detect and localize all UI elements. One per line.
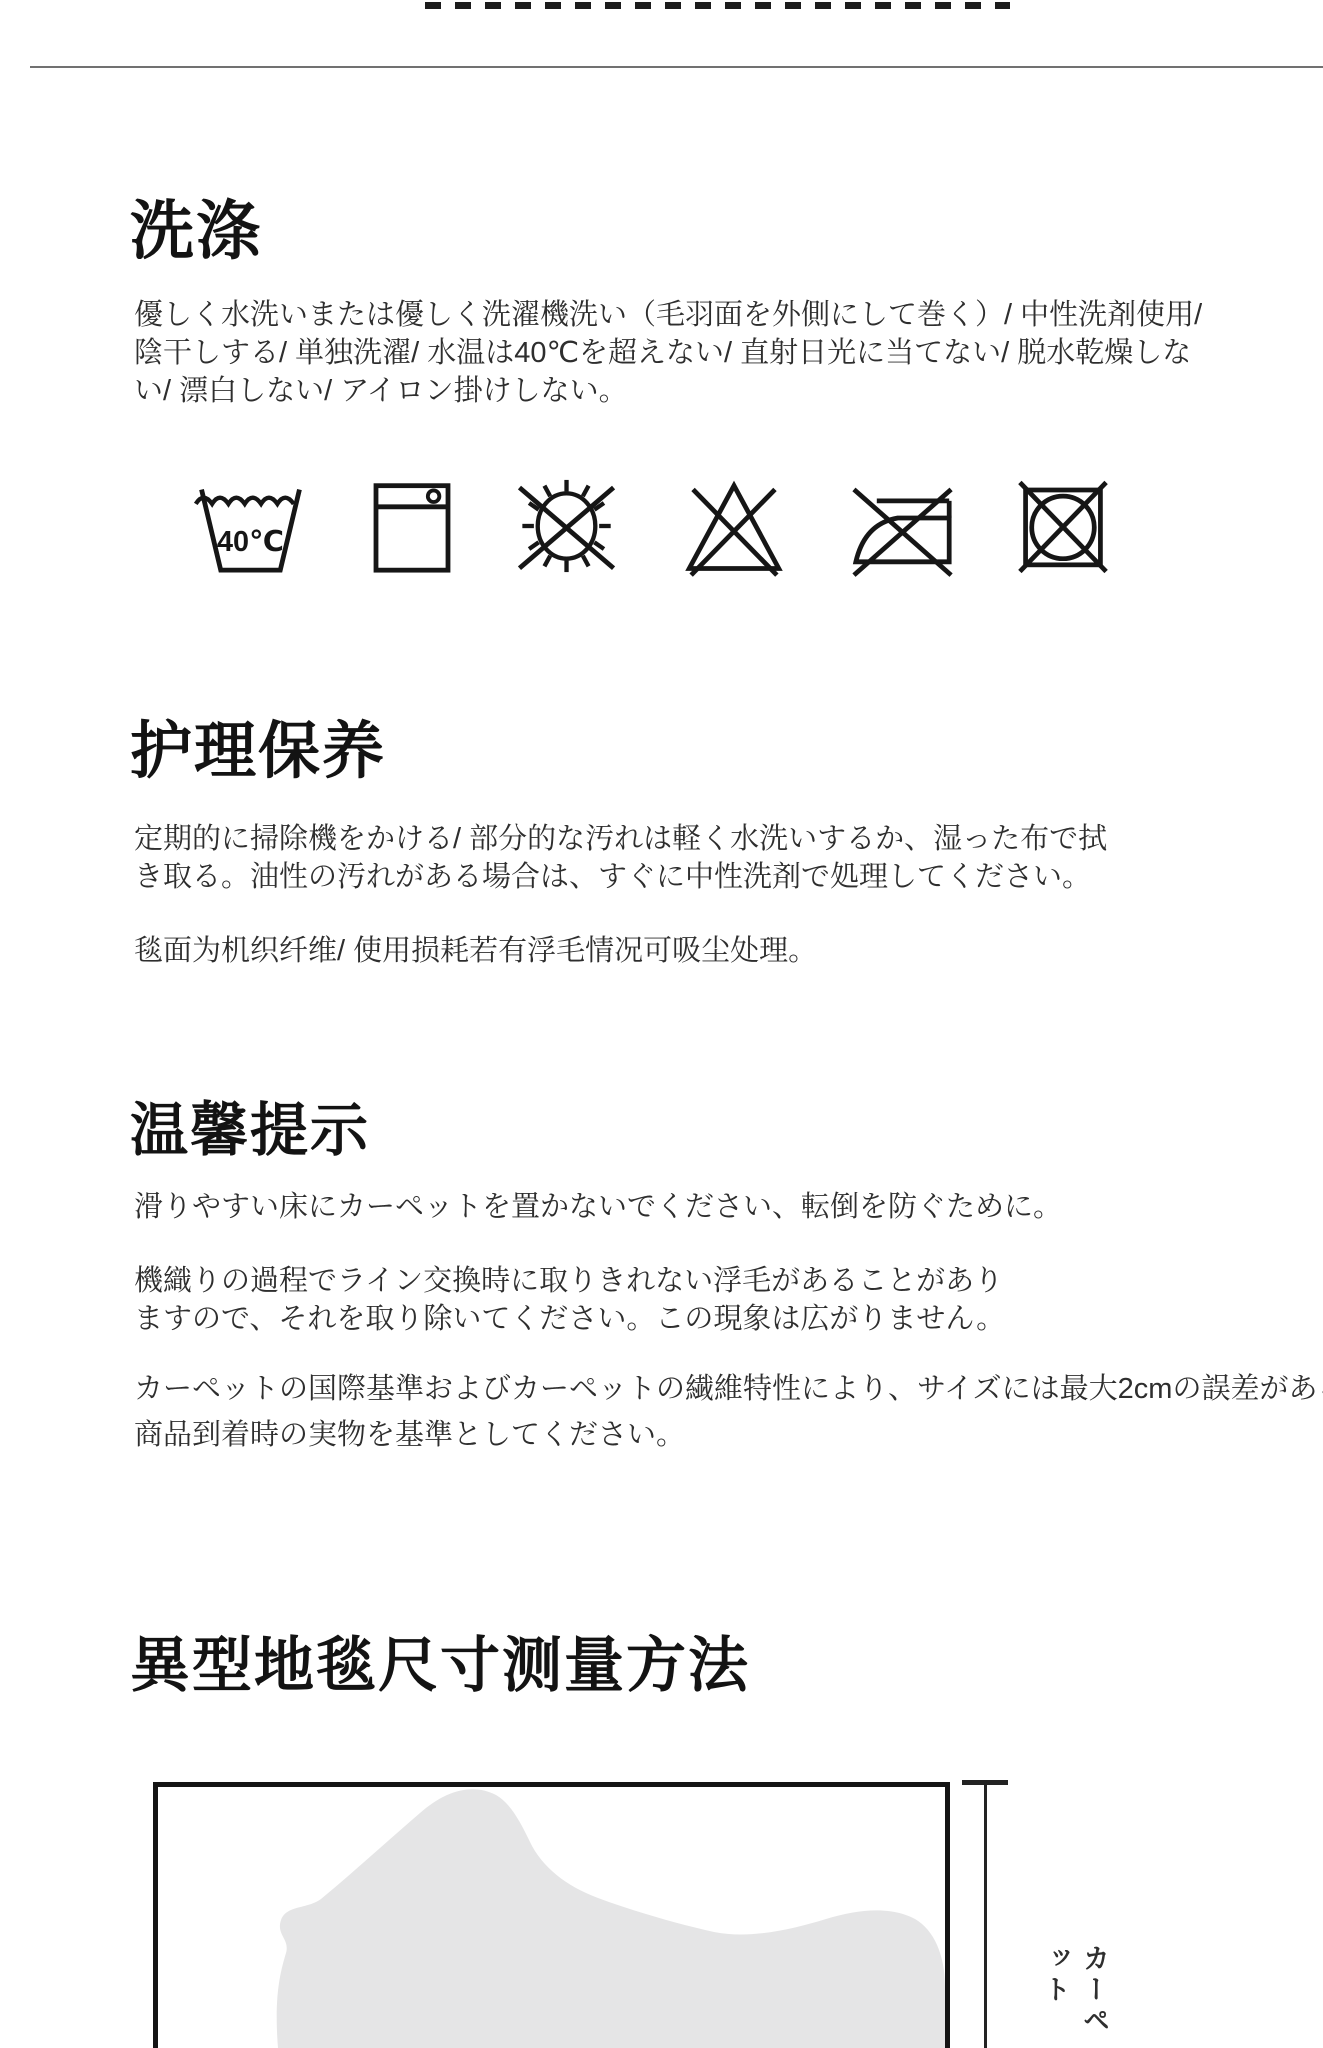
care-instructions-line: 定期的に掃除機をかける/ 部分的な汚れは軽く水洗いするか、湿った布で拭 bbox=[134, 820, 1107, 858]
tip-actual-product: 商品到着時の実物を基準としてください。 bbox=[134, 1416, 685, 1454]
section-title-washing: 洗涤 bbox=[130, 196, 262, 266]
washing-instructions-line: 陰干しする/ 単独洗濯/ 水温は40℃を超えない/ 直射日光に当てない/ 脱水乾… bbox=[134, 334, 1191, 372]
care-instructions-line: き取る。油性の汚れがある場合は、すぐに中性洗剤で処理してください。 bbox=[134, 858, 1091, 896]
tip-no-slippery-floor: 滑りやすい床にカーペットを置かないでください、転倒を防ぐために。 bbox=[134, 1188, 1062, 1226]
wash-40c-tub-icon: 40℃ bbox=[188, 478, 313, 574]
washing-instructions-line: 優しく水洗いまたは優しく洗濯機洗い（毛羽面を外側にして巻く）/ 中性洗剤使用/ bbox=[134, 296, 1202, 334]
do-not-sun-dry-icon bbox=[511, 478, 623, 574]
top-divider bbox=[30, 66, 1323, 68]
carpet-outline-box bbox=[153, 1782, 950, 2048]
care-note: 毯面为机织纤维/ 使用损耗若有浮毛情况可吸尘处理。 bbox=[134, 932, 817, 970]
washing-instructions-line: い/ 漂白しない/ アイロン掛けしない。 bbox=[134, 372, 628, 410]
section-title-care: 护理保养 bbox=[130, 718, 386, 786]
tip-loose-fluff-line: 機織りの過程でライン交換時に取りきれない浮毛があることがあり bbox=[134, 1262, 1003, 1300]
laundry-symbols-row: 40℃ bbox=[188, 478, 1108, 578]
carpet-length-label: カーペット bbox=[1036, 1944, 1114, 2048]
do-not-bleach-icon bbox=[680, 478, 788, 578]
do-not-tumble-dry-icon bbox=[1018, 478, 1108, 574]
machine-wash-icon bbox=[371, 478, 453, 574]
carpet-shape-silhouette bbox=[158, 1787, 945, 2048]
care-instructions-page: 洗涤 優しく水洗いまたは優しく洗濯機洗い（毛羽面を外側にして巻く）/ 中性洗剤使… bbox=[0, 0, 1323, 2048]
do-not-iron-icon bbox=[846, 478, 960, 578]
tip-size-tolerance: カーペットの国際基準およびカーペットの繊維特性により、サイズには最大2cmの誤差… bbox=[134, 1370, 1323, 1408]
section-title-measurement: 異型地毯尺寸测量方法 bbox=[130, 1632, 750, 1700]
tip-loose-fluff-line: ますので、それを取り除いてください。この現象は広がりません。 bbox=[134, 1300, 1005, 1338]
wash-temp-label: 40℃ bbox=[217, 526, 284, 558]
section-title-tips: 温馨提示 bbox=[130, 1100, 370, 1162]
clipped-text-fragments bbox=[425, 2, 1010, 9]
measurement-bracket-line bbox=[984, 1782, 987, 2048]
